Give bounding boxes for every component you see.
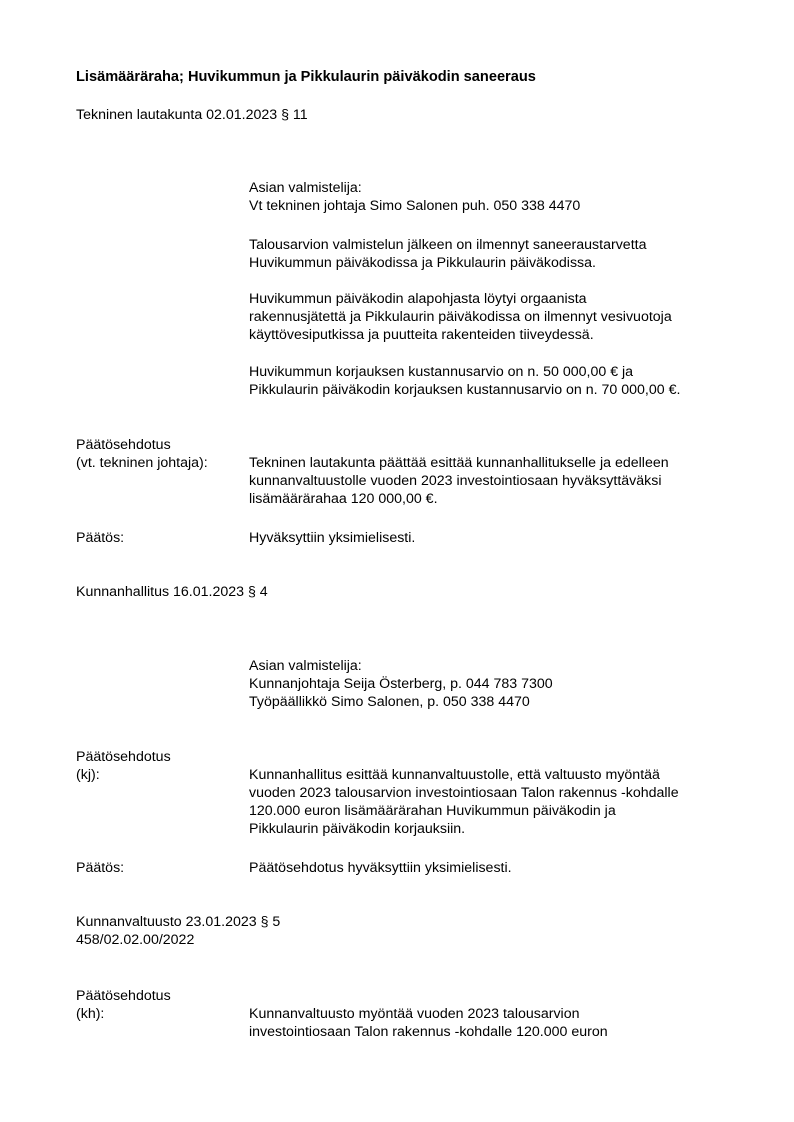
proposal-line: lisämäärärahaa 120 000,00 €.: [249, 490, 669, 508]
proposal-text: Kunnanvaltuusto myöntää vuoden 2023 talo…: [249, 1005, 608, 1041]
preparer-line: Vt tekninen johtaja Simo Salonen puh. 05…: [249, 197, 580, 215]
proposal-line: vuoden 2023 talousarvion investointiosaa…: [249, 784, 679, 802]
proposal-line: Pikkulaurin päiväkodin korjauksiin.: [249, 820, 679, 838]
proposal-label: Päätösehdotus (vt. tekninen johtaja):: [76, 436, 208, 472]
proposal-label-line1: Päätösehdotus: [76, 748, 171, 766]
proposal-line: kunnanvaltuustolle vuoden 2023 investoin…: [249, 472, 669, 490]
preparer-block: Asian valmistelija: Vt tekninen johtaja …: [249, 179, 580, 215]
proposal-line: Kunnanvaltuusto myöntää vuoden 2023 talo…: [249, 1005, 608, 1023]
section-heading-text: Kunnanvaltuusto 23.01.2023 § 5: [76, 913, 280, 931]
proposal-line: 120.000 euron lisämäärärahan Huvikummun …: [249, 802, 679, 820]
preparer-label: Asian valmistelija:: [249, 657, 553, 675]
paragraph-line: käyttövesiputkissa ja puutteita rakentei…: [249, 326, 672, 344]
paragraph-line: rakennusjätettä ja Pikkulaurin päiväkodi…: [249, 308, 672, 326]
proposal-label-line2: (kh):: [76, 1005, 171, 1023]
proposal-label-line1: Päätösehdotus: [76, 987, 171, 1005]
decision-label: Päätös:: [76, 529, 124, 547]
proposal-text: Kunnanhallitus esittää kunnanvaltuustoll…: [249, 766, 679, 838]
proposal-line: Tekninen lautakunta päättää esittää kunn…: [249, 454, 669, 472]
paragraph: Talousarvion valmistelun jälkeen on ilme…: [249, 236, 646, 272]
paragraph-line: Huvikummun korjauksen kustannusarvio on …: [249, 363, 680, 381]
decision-label: Päätös:: [76, 859, 124, 877]
section-heading-kunnanhallitus: Kunnanhallitus 16.01.2023 § 4: [76, 583, 268, 601]
preparer-line: Työpäällikkö Simo Salonen, p. 050 338 44…: [249, 693, 553, 711]
paragraph-line: Talousarvion valmistelun jälkeen on ilme…: [249, 236, 646, 254]
proposal-text: Tekninen lautakunta päättää esittää kunn…: [249, 454, 669, 508]
preparer-block: Asian valmistelija: Kunnanjohtaja Seija …: [249, 657, 553, 711]
preparer-label: Asian valmistelija:: [249, 179, 580, 197]
proposal-line: Kunnanhallitus esittää kunnanvaltuustoll…: [249, 766, 679, 784]
decision-text: Hyväksyttiin yksimielisesti.: [249, 529, 415, 547]
paragraph-line: Huvikummun päiväkodissa ja Pikkulaurin p…: [249, 254, 646, 272]
section-heading-kunnanvaltuusto: Kunnanvaltuusto 23.01.2023 § 5 458/02.02…: [76, 913, 280, 949]
proposal-label: Päätösehdotus (kj):: [76, 748, 171, 784]
paragraph: Huvikummun päiväkodin alapohjasta löytyi…: [249, 290, 672, 344]
paragraph: Huvikummun korjauksen kustannusarvio on …: [249, 363, 680, 399]
decision-text: Päätösehdotus hyväksyttiin yksimielisest…: [249, 859, 512, 877]
proposal-label: Päätösehdotus (kh):: [76, 987, 171, 1023]
preparer-line: Kunnanjohtaja Seija Österberg, p. 044 78…: [249, 675, 553, 693]
document-title: Lisämääräraha; Huvikummun ja Pikkulaurin…: [76, 68, 536, 86]
paragraph-line: Huvikummun päiväkodin alapohjasta löytyi…: [249, 290, 672, 308]
document-page: Lisämääräraha; Huvikummun ja Pikkulaurin…: [0, 0, 794, 1122]
proposal-label-line1: Päätösehdotus: [76, 436, 208, 454]
proposal-line: investointiosaan Talon rakennus -kohdall…: [249, 1023, 608, 1041]
proposal-label-line2: (kj):: [76, 766, 171, 784]
section-heading-tekninen-lautakunta: Tekninen lautakunta 02.01.2023 § 11: [76, 106, 308, 124]
proposal-label-line2: (vt. tekninen johtaja):: [76, 454, 208, 472]
paragraph-line: Pikkulaurin päiväkodin korjauksen kustan…: [249, 381, 680, 399]
reference-number: 458/02.02.00/2022: [76, 931, 280, 949]
